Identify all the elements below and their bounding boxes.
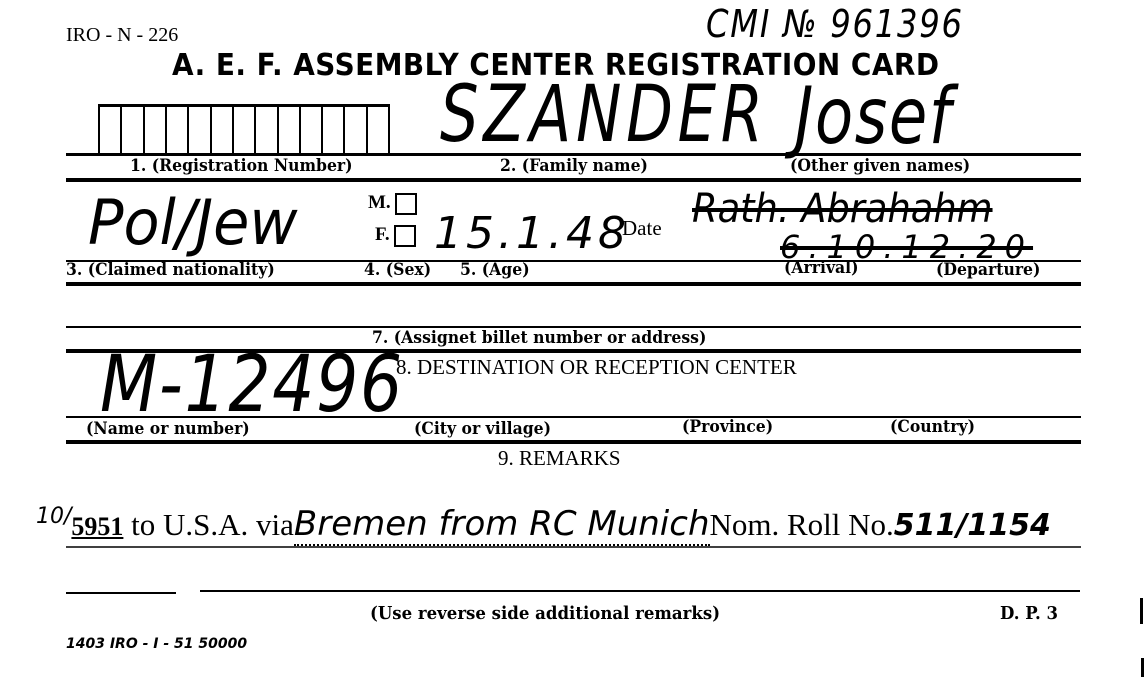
date-label: Date <box>622 216 662 241</box>
form-number: IRO - N - 226 <box>66 24 178 47</box>
destination-province-sublabel: (Province) <box>682 417 773 437</box>
divider <box>66 178 1081 182</box>
print-code: 1403 IRO - I - 51 50000 <box>66 636 247 652</box>
reg-digit-box[interactable] <box>321 107 343 153</box>
given-names-value: Josef <box>795 72 952 162</box>
registration-number-boxes[interactable] <box>98 104 390 156</box>
dp-code: D. P. 3 <box>1000 603 1058 624</box>
arrival-label: (Arrival) <box>784 258 859 278</box>
sex-label: 4. (Sex) <box>364 260 431 280</box>
destination-name-sublabel: (Name or number) <box>86 419 250 439</box>
sex-option-male[interactable]: M. <box>368 192 417 215</box>
reg-digit-box[interactable] <box>143 107 165 153</box>
registration-number-label: 1. (Registration Number) <box>130 156 353 176</box>
reg-digit-box[interactable] <box>343 107 365 153</box>
billet-label: 7. (Assignet billet number or address) <box>372 328 706 348</box>
age-label: 5. (Age) <box>460 260 530 280</box>
given-names-label: (Other given names) <box>790 156 970 176</box>
destination-label: 8. DESTINATION OR RECEPTION CENTER <box>396 355 797 380</box>
remarks-via-value: Bremen from RC Munich <box>294 504 710 546</box>
divider <box>200 590 1080 592</box>
reg-digit-box[interactable] <box>165 107 187 153</box>
arrival-value-struck: Rath. Abrahahm <box>692 186 993 232</box>
divider <box>66 440 1081 444</box>
reverse-note: (Use reverse side additional remarks) <box>370 603 720 624</box>
cmi-number: CMI № 961396 <box>706 2 964 46</box>
family-name-value: SZANDER <box>440 70 768 160</box>
divider <box>66 282 1081 286</box>
destination-city-sublabel: (City or village) <box>414 419 551 439</box>
sex-female-label: F. <box>375 224 390 245</box>
age-value: 15.1.48 <box>434 208 630 259</box>
remarks-to: to U.S.A. via <box>131 507 294 542</box>
reg-digit-box[interactable] <box>210 107 232 153</box>
departure-label: (Departure) <box>936 260 1040 280</box>
divider <box>66 592 176 594</box>
remarks-number: 5951 <box>71 512 123 541</box>
edge-mark <box>1140 598 1143 624</box>
edge-mark <box>1141 658 1144 677</box>
reg-digit-box[interactable] <box>299 107 321 153</box>
family-name-label: 2. (Family name) <box>500 156 648 176</box>
reg-digit-box[interactable] <box>120 107 142 153</box>
female-checkbox[interactable] <box>394 225 416 247</box>
remarks-prefix: 10/ <box>36 504 71 529</box>
nationality-label: 3. (Claimed nationality) <box>66 260 275 280</box>
reg-digit-box[interactable] <box>366 107 390 153</box>
reg-digit-box[interactable] <box>254 107 276 153</box>
remarks-label: 9. REMARKS <box>498 446 621 471</box>
sex-option-female[interactable]: F. <box>375 224 416 247</box>
claimed-nationality-value: Pol/Jew <box>88 186 298 259</box>
male-checkbox[interactable] <box>395 193 417 215</box>
reg-digit-box[interactable] <box>187 107 209 153</box>
sex-male-label: M. <box>368 192 391 213</box>
nom-roll-value: 511/1154 <box>894 508 1051 543</box>
divider <box>66 546 1081 548</box>
reg-digit-box[interactable] <box>232 107 254 153</box>
reg-digit-box[interactable] <box>277 107 299 153</box>
nom-roll-label: Nom. Roll No. <box>710 507 894 542</box>
reg-digit-box[interactable] <box>98 107 120 153</box>
destination-country-sublabel: (Country) <box>890 417 975 437</box>
remarks-line: 10/5951 to U.S.A. viaBremen from RC Muni… <box>36 504 1051 544</box>
